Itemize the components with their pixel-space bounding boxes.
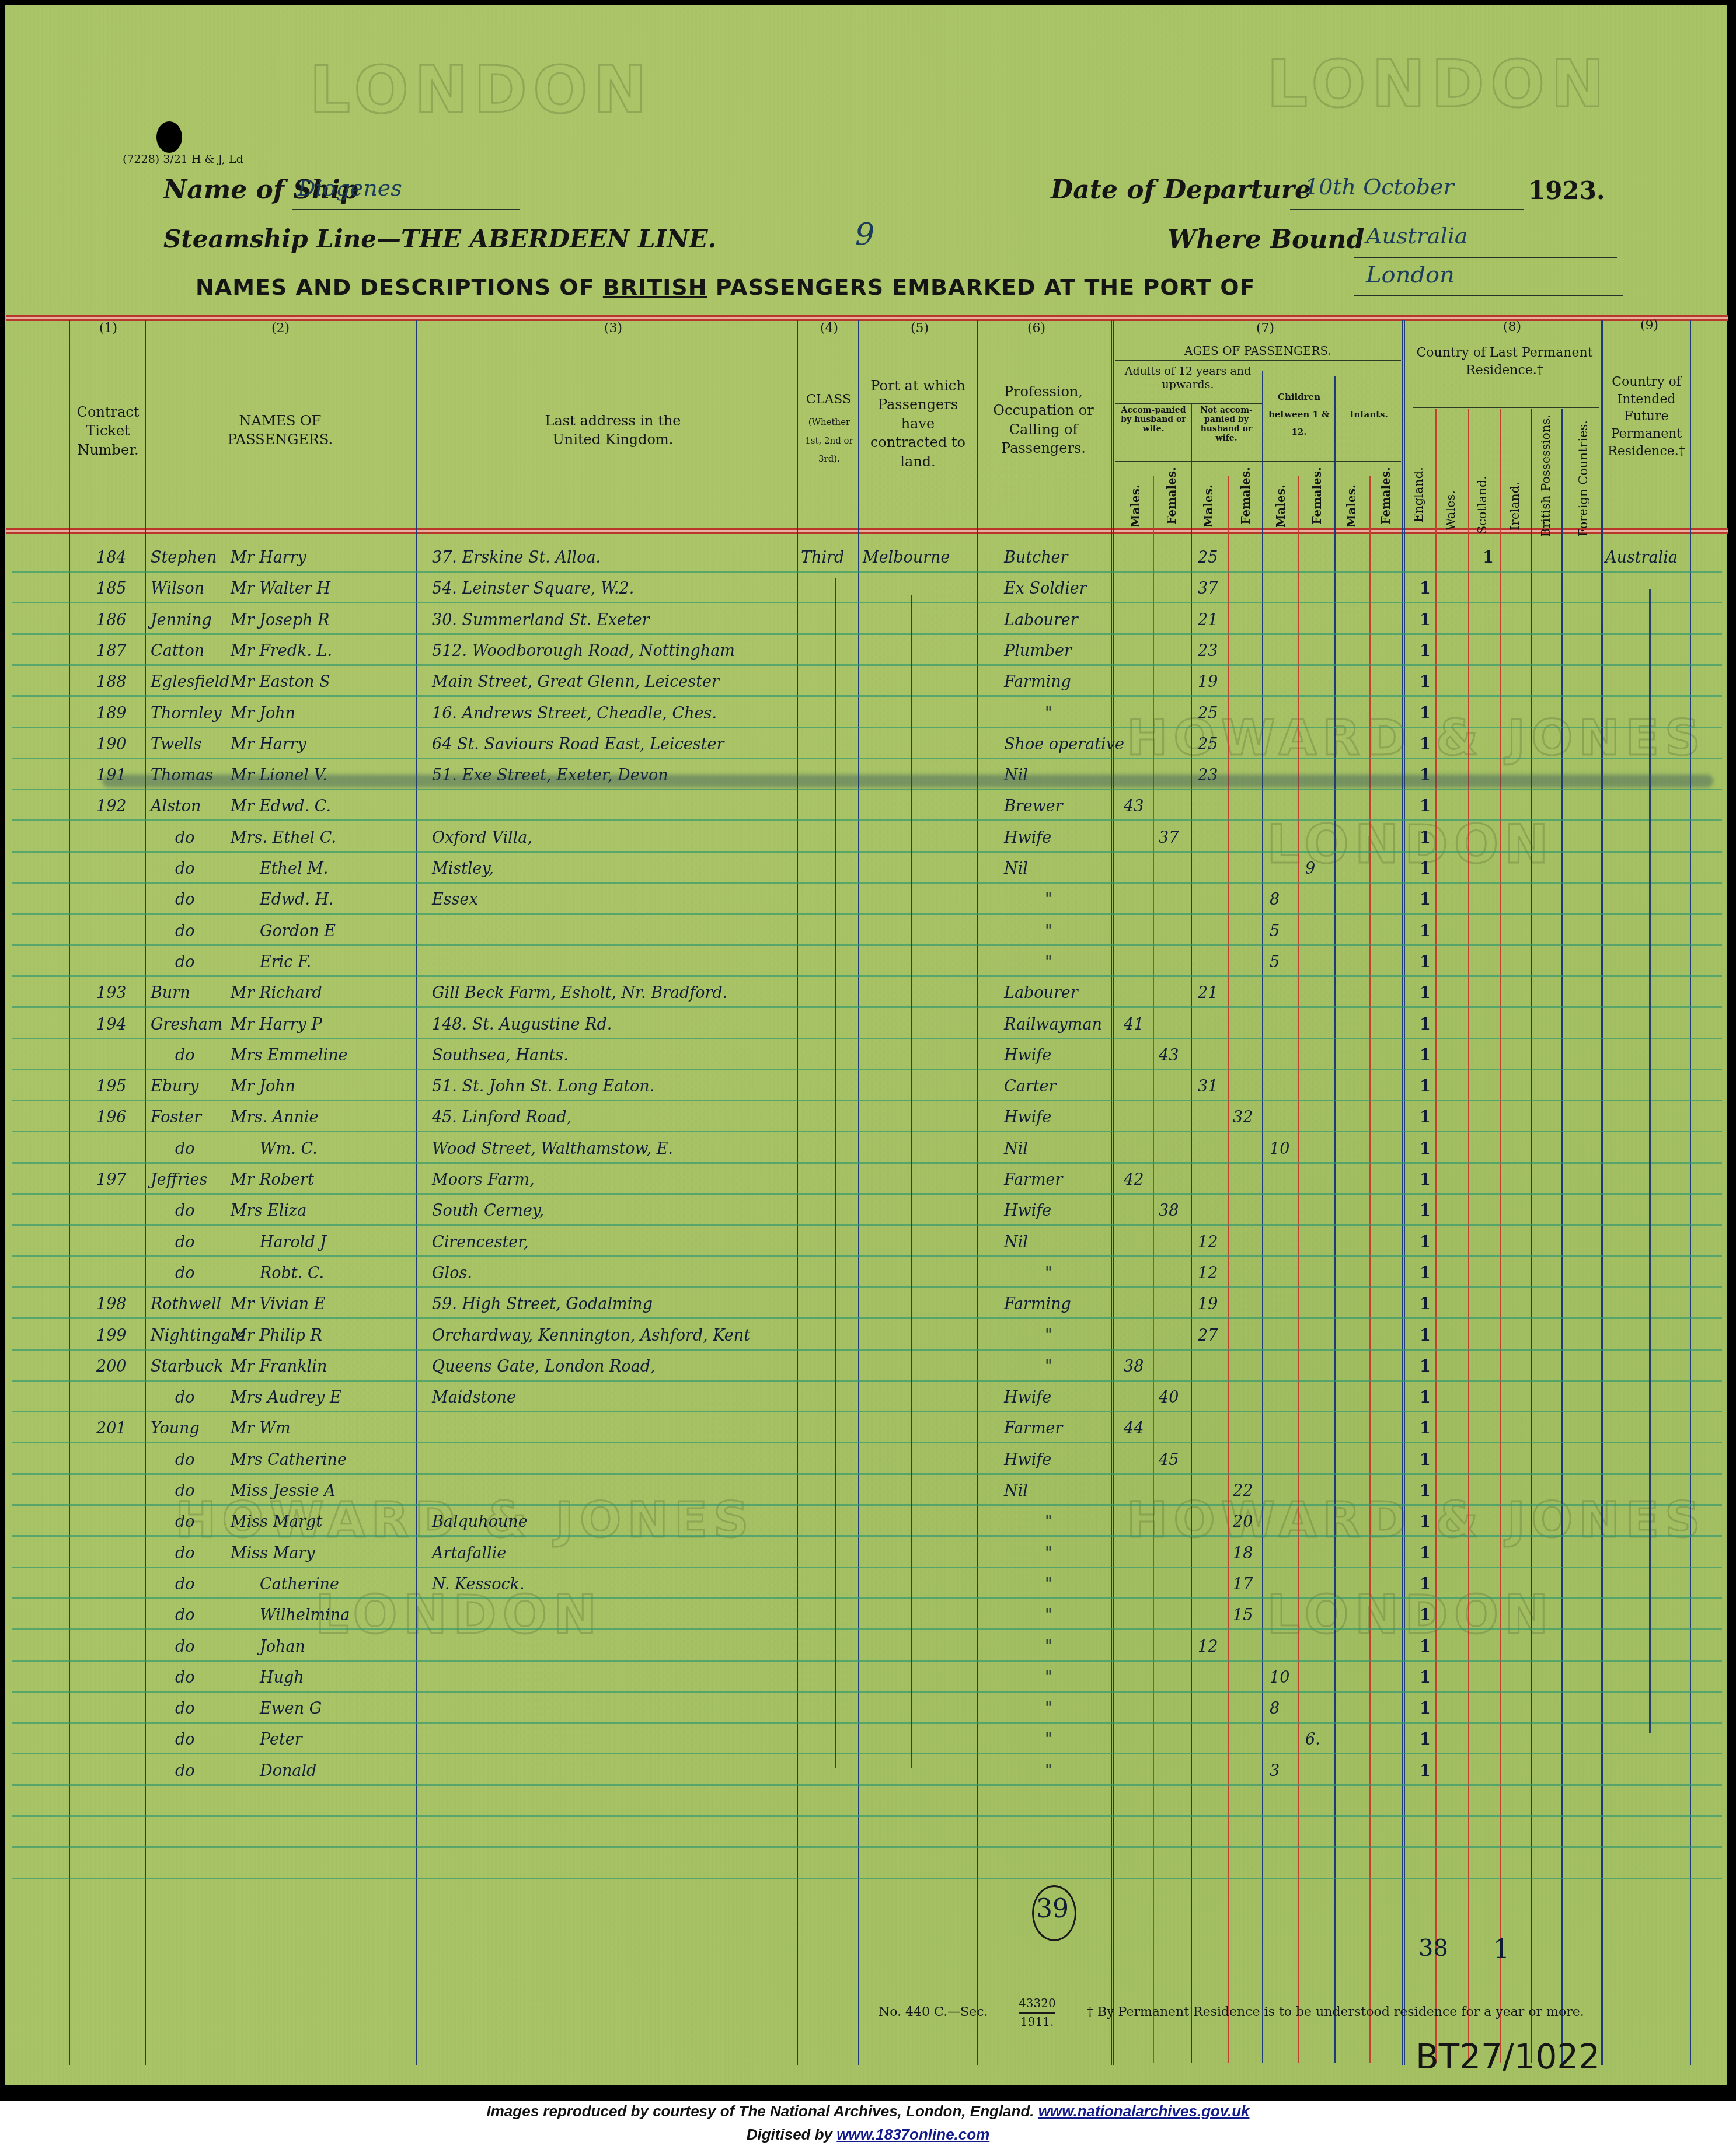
age-nm: 12: [1198, 1638, 1218, 1656]
last-address: Cirencester,: [432, 1233, 529, 1251]
strikethrough-line: [102, 775, 1713, 787]
ledger-line: [12, 1597, 1722, 1599]
given-names: Catherine: [260, 1575, 339, 1593]
rule-c5-c6: [977, 320, 978, 2065]
occupation: Nil: [1004, 1233, 1028, 1251]
country-england-tally: 1: [1420, 829, 1431, 847]
age-nf: 17: [1233, 1575, 1253, 1593]
country-england-tally: 1: [1420, 1327, 1431, 1345]
given-names: Mr Franklin: [231, 1358, 327, 1376]
given-names: Mr Walter H: [231, 580, 330, 598]
surname: Ebury: [151, 1077, 199, 1096]
surname: Starbuck: [151, 1358, 224, 1376]
col-3-number: (3): [604, 321, 622, 336]
title-part-1: NAMES AND DESCRIPTIONS OF: [196, 274, 595, 300]
where-bound-label: Where Bound: [1167, 225, 1364, 254]
ticket-number: 186: [96, 611, 127, 629]
age-am: 38: [1124, 1358, 1144, 1376]
rule-c3-c4: [797, 320, 798, 2065]
last-address: Southsea, Hants.: [432, 1046, 569, 1065]
occupation: Farming: [1004, 1295, 1071, 1313]
country-england-tally: 1: [1420, 704, 1431, 723]
col-2-header: NAMES OF PASSENGERS.: [193, 411, 368, 449]
country-divider: [1413, 407, 1599, 408]
ledger-line: [12, 1069, 1722, 1070]
ship-name-underline: [292, 209, 520, 210]
ship-name-value: Diogenes: [298, 175, 402, 201]
surname: Foster: [151, 1108, 201, 1126]
ledger-line: [12, 664, 1722, 666]
country-england-tally: 1: [1420, 1669, 1431, 1687]
country-england-tally: 1: [1420, 735, 1431, 753]
col-3-header: Last address in the United Kingdom.: [525, 411, 700, 449]
country-england-tally: 1: [1420, 1700, 1431, 1718]
occupation: Nil: [1004, 1482, 1028, 1500]
ticket-number: 188: [96, 673, 127, 691]
surname: do: [175, 1700, 195, 1718]
rule-c1-c2: [145, 320, 146, 2065]
occupation: Plumber: [1004, 642, 1072, 660]
occupation: Farming: [1004, 673, 1071, 691]
1837online-link[interactable]: www.1837online.com: [836, 2126, 989, 2143]
ticket-number: 190: [96, 735, 127, 753]
ledger-line: [12, 695, 1722, 697]
country-england-tally: 1: [1420, 922, 1431, 940]
col-7-header: AGES OF PASSENGERS.: [1115, 343, 1401, 359]
age-nm: 12: [1198, 1264, 1218, 1282]
age-af: 38: [1159, 1202, 1179, 1220]
form-fraction-top: 43320: [1019, 1996, 1056, 2010]
age-nm: 25: [1198, 735, 1218, 753]
col-7-number: (7): [1256, 321, 1274, 336]
given-names: Mr John: [231, 1077, 295, 1096]
occupation: ": [1045, 922, 1052, 940]
country-england-tally: 1: [1420, 797, 1431, 815]
col-4-header: CLASS: [801, 391, 856, 409]
adults-divider: [1115, 403, 1262, 404]
sheet-number: 9: [855, 217, 874, 252]
rule-children-infants: [1334, 376, 1336, 2063]
given-names: Donald: [260, 1762, 316, 1780]
surname: Gresham: [151, 1016, 222, 1034]
rule-accomp-notaccomp: [1191, 403, 1192, 2063]
occupation: Hwife: [1004, 1202, 1051, 1220]
surname: do: [175, 1762, 195, 1780]
occupation: ": [1045, 704, 1052, 723]
age-cf: 6.: [1305, 1731, 1320, 1749]
country-england-tally: 1: [1420, 580, 1431, 598]
given-names: Mr John: [231, 704, 295, 723]
digitised-line: Digitised by www.1837online.com: [0, 2126, 1736, 2144]
col-4-subheader: (Whether 1st, 2nd or 3rd).: [804, 413, 854, 469]
last-address: 45. Linford Road,: [432, 1108, 571, 1126]
age-af: 43: [1159, 1046, 1179, 1065]
given-names: Eric F.: [260, 953, 311, 971]
ticket-number: 201: [96, 1419, 127, 1438]
country-england-tally: 1: [1420, 1606, 1431, 1624]
departure-year: 1923.: [1528, 176, 1605, 205]
british-possessions-header: British Possessions.: [1539, 414, 1553, 537]
ticket-number: 200: [96, 1358, 127, 1376]
col-4-number: (4): [820, 321, 838, 336]
age-nf: 15: [1233, 1606, 1253, 1624]
last-address: 51. St. John St. Long Eaton.: [432, 1077, 654, 1096]
foreign-countries-header: Foreign Countries.: [1576, 420, 1590, 537]
surname: Eglesfield: [151, 673, 229, 691]
departure-date-value: 10th October: [1305, 174, 1454, 200]
ledger-line: [12, 1878, 1722, 1879]
country-england-tally: 1: [1420, 1358, 1431, 1376]
scotland-total: 1: [1493, 1935, 1510, 1965]
stamp-london-lower-left: LONDON: [315, 1585, 603, 1646]
ledger-line: [12, 1349, 1722, 1351]
given-names: Mr Joseph R: [231, 611, 330, 629]
given-names: Harold J: [260, 1233, 326, 1251]
not-accompanied-header: Not accom-panied by husband or wife.: [1194, 406, 1259, 443]
last-address: 16. Andrews Street, Cheadle, Ches.: [432, 704, 717, 723]
ticket-number: 199: [96, 1327, 127, 1345]
occupation: Hwife: [1004, 1389, 1051, 1407]
occupation: ": [1045, 953, 1052, 971]
col-5-number: (5): [911, 321, 929, 336]
residence-note: † By Permanent Residence is to be unders…: [1087, 2005, 1584, 2019]
country-england-tally: 1: [1420, 1575, 1431, 1593]
im-males-header: Males.: [1344, 484, 1358, 528]
occupation: ": [1045, 1513, 1052, 1531]
rule-c8-c9: [1601, 320, 1603, 2065]
ledger-line: [12, 819, 1722, 821]
ticket-number: 198: [96, 1295, 127, 1313]
surname: do: [175, 1202, 195, 1220]
if-females-header: Females.: [1379, 467, 1393, 525]
surname: do: [175, 1669, 195, 1687]
given-names: Gordon E: [260, 922, 336, 940]
page-count: 39: [1036, 1894, 1069, 1924]
stamp-howard-jones-lower-right: HOWARD & JONES: [1127, 1491, 1706, 1548]
last-address: Oxford Villa,: [432, 829, 532, 847]
given-names: Mr Philip R: [231, 1327, 322, 1345]
age-nm: 25: [1198, 549, 1218, 567]
given-names: Miss Mary: [231, 1544, 315, 1562]
ledger-line: [12, 944, 1722, 946]
national-archives-link[interactable]: www.nationalarchives.gov.uk: [1038, 2102, 1250, 2120]
ledger-line: [12, 1628, 1722, 1630]
surname: do: [175, 891, 195, 909]
last-address: Artafallie: [432, 1544, 506, 1562]
age-nm: 12: [1198, 1233, 1218, 1251]
punch-hole: [156, 121, 182, 153]
given-names: Mrs Audrey E: [231, 1389, 341, 1407]
country-england-tally: 1: [1420, 1108, 1431, 1126]
country-england-tally: 1: [1420, 953, 1431, 971]
ledger-line: [12, 913, 1722, 915]
port-ditto-stroke: [911, 595, 912, 1768]
given-names: Mrs. Ethel C.: [231, 829, 336, 847]
age-nf: 18: [1233, 1544, 1253, 1562]
ledger-line: [12, 633, 1722, 635]
ledger-line: [12, 1038, 1722, 1039]
rule-im-if: [1369, 476, 1371, 2063]
stamp-london-top-right: LONDON: [1267, 47, 1610, 121]
occupation: ": [1045, 1700, 1052, 1718]
surname: Alston: [151, 797, 201, 815]
given-names: Miss Jessie A: [231, 1482, 336, 1500]
surname: do: [175, 860, 195, 878]
ledger-line: [12, 1691, 1722, 1693]
last-address: Maidstone: [432, 1389, 516, 1407]
nf-females-header: Females.: [1239, 467, 1253, 525]
given-names: Ethel M.: [260, 860, 328, 878]
age-cm: 5: [1270, 953, 1280, 971]
last-address: Orchardway, Kennington, Ashford, Kent: [432, 1327, 750, 1345]
age-nf: 20: [1233, 1513, 1253, 1531]
adults-header: Adults of 12 years and upwards.: [1121, 365, 1255, 392]
occupation: Hwife: [1004, 1451, 1051, 1469]
surname: Jeffries: [151, 1171, 207, 1189]
col-2-number: (2): [271, 321, 290, 336]
ticket-number: 184: [96, 549, 127, 567]
occupation: ": [1045, 1669, 1052, 1687]
header-bottom-border: [6, 528, 1728, 534]
surname: do: [175, 829, 195, 847]
last-address: 512. Woodborough Road, Nottingham: [432, 642, 735, 660]
ledger-line: [12, 1224, 1722, 1226]
age-am: 41: [1124, 1016, 1144, 1034]
given-names: Mrs. Annie: [231, 1108, 318, 1126]
ledger-line: [12, 975, 1722, 977]
occupation: Railwayman: [1004, 1016, 1102, 1034]
ledger-line: [12, 1255, 1722, 1257]
ledger-line: [12, 1193, 1722, 1195]
age-cm: 10: [1270, 1140, 1289, 1158]
title-british: BRITISH: [603, 274, 707, 300]
surname: do: [175, 1451, 195, 1469]
header-top-border: [6, 315, 1728, 321]
occupation: Hwife: [1004, 1046, 1051, 1065]
country-england-tally: 1: [1420, 1513, 1431, 1531]
age-cm: 5: [1270, 922, 1280, 940]
last-address: 54. Leinster Square, W.2.: [432, 580, 634, 598]
country-england-tally: 1: [1420, 1419, 1431, 1438]
country-england-tally: 1: [1420, 1140, 1431, 1158]
departure-label: Date of Departure: [1051, 175, 1311, 205]
occupation: ": [1045, 1575, 1052, 1593]
occupation: ": [1045, 1606, 1052, 1624]
given-names: Miss Margt: [231, 1513, 322, 1531]
country-england-tally: 1: [1420, 1638, 1431, 1656]
infants-header: Infants.: [1337, 409, 1401, 420]
surname: do: [175, 1638, 195, 1656]
ticket-number: 195: [96, 1077, 127, 1096]
ledger-line: [12, 1286, 1722, 1288]
ledger-line: [12, 1473, 1722, 1475]
occupation: ": [1045, 1731, 1052, 1749]
future-ditto-stroke: [1649, 589, 1651, 1733]
title-part-2: PASSENGERS EMBARKED AT THE PORT OF: [716, 274, 1256, 300]
age-nm: 37: [1198, 580, 1218, 598]
ticket-number: 187: [96, 642, 127, 660]
occupation: Hwife: [1004, 1108, 1051, 1126]
age-af: 37: [1159, 829, 1179, 847]
given-names: Mr Vivian E: [231, 1295, 325, 1313]
last-address: 64 St. Saviours Road East, Leicester: [432, 735, 724, 753]
occupation: ": [1045, 891, 1052, 909]
ledger-line: [12, 1131, 1722, 1132]
age-cm: 10: [1270, 1669, 1289, 1687]
occupation: Farmer: [1004, 1171, 1062, 1189]
ledger-line: [12, 1442, 1722, 1443]
col-8-number: (8): [1503, 320, 1521, 334]
given-names: Mr Edwd. C.: [231, 797, 331, 815]
age-nm: 25: [1198, 704, 1218, 723]
rule-left: [69, 320, 70, 2065]
last-address: Queens Gate, London Road,: [432, 1358, 656, 1376]
class: Third: [801, 549, 844, 567]
col-9-header: Country of Intended Future Permanent Res…: [1604, 374, 1689, 460]
surname: do: [175, 953, 195, 971]
surname: Burn: [151, 984, 190, 1002]
form-fraction-bottom: 1911.: [1020, 2015, 1054, 2029]
scotland-header: Scotland.: [1475, 476, 1489, 534]
stamp-london-top-left: LONDON: [309, 53, 653, 127]
given-names: Mr Fredk. L.: [231, 642, 332, 660]
last-address: Wood Street, Walthamstow, E.: [432, 1140, 673, 1158]
country-england-tally: 1: [1420, 673, 1431, 691]
age-am: 42: [1124, 1171, 1144, 1189]
country-england-tally: 1: [1420, 984, 1431, 1002]
country-england-tally: 1: [1420, 1762, 1431, 1780]
surname: Young: [151, 1419, 200, 1438]
ticket-number: 189: [96, 704, 127, 723]
surname: do: [175, 1046, 195, 1065]
ages-subhead-divider: [1115, 461, 1401, 462]
ledger-line: [12, 1784, 1722, 1786]
country-england-tally: 1: [1420, 1202, 1431, 1220]
rule-c7-c8: [1402, 320, 1405, 2065]
nm-males-header: Males.: [1201, 484, 1215, 528]
ticket-number: 193: [96, 984, 127, 1002]
surname: Twells: [151, 735, 201, 753]
age-nm: 21: [1198, 984, 1218, 1002]
given-names: Hugh: [260, 1669, 304, 1687]
credit-text: Images reproduced by courtesy of The Nat…: [486, 2102, 1034, 2120]
country-england-tally: 1: [1420, 1016, 1431, 1034]
occupation: Brewer: [1004, 797, 1063, 815]
cm-males-header: Males.: [1274, 484, 1288, 528]
occupation: Hwife: [1004, 829, 1051, 847]
surname: Rothwell: [151, 1295, 221, 1313]
country-england-tally: 1: [1420, 1731, 1431, 1749]
steamship-line: Steamship Line—THE ABERDEEN LINE.: [163, 225, 716, 253]
age-nm: 31: [1198, 1077, 1218, 1096]
ledger-line: [12, 1722, 1722, 1724]
children-header: Children between 1 & 12.: [1266, 388, 1333, 441]
country-england-tally: 1: [1420, 642, 1431, 660]
surname: do: [175, 1233, 195, 1251]
surname: do: [175, 1482, 195, 1500]
ledger-line: [12, 727, 1722, 728]
rule-right: [1690, 320, 1691, 2065]
country-england-tally: 1: [1420, 611, 1431, 629]
ticket-number: 185: [96, 580, 127, 598]
rule-cm-cf: [1298, 476, 1299, 2063]
ledger-line: [12, 1504, 1722, 1506]
given-names: Wilhelmina: [260, 1606, 350, 1624]
occupation: ": [1045, 1544, 1052, 1562]
given-names: Mr Wm: [231, 1419, 291, 1438]
age-nm: 19: [1198, 1295, 1218, 1313]
surname: Thornley: [151, 704, 222, 723]
archive-reference: BT27/1022: [1416, 2037, 1600, 2077]
col-6-number: (6): [1027, 321, 1045, 336]
last-address: Moors Farm,: [432, 1171, 535, 1189]
age-cm: 8: [1270, 891, 1280, 909]
given-names: Wm. C.: [260, 1140, 318, 1158]
occupation: ": [1045, 1358, 1052, 1376]
occupation: Nil: [1004, 860, 1028, 878]
ledger-line: [12, 1317, 1722, 1319]
given-names: Johan: [260, 1638, 305, 1656]
age-nm: 19: [1198, 673, 1218, 691]
given-names: Mr Robert: [231, 1171, 314, 1189]
age-am: 43: [1124, 797, 1144, 815]
country-england-tally: 1: [1420, 1264, 1431, 1282]
given-names: Peter: [260, 1731, 302, 1749]
given-names: Mr Harry: [231, 735, 306, 753]
last-address: Glos.: [432, 1264, 472, 1282]
ticket-number: 194: [96, 1016, 127, 1034]
port-of-landing: Melbourne: [863, 549, 950, 567]
rule-c6-c7: [1111, 320, 1114, 2065]
given-names: Mr Harry: [231, 549, 306, 567]
surname: Stephen: [151, 549, 217, 567]
occupation: Butcher: [1004, 549, 1068, 567]
country-england-tally: 1: [1420, 1077, 1431, 1096]
ticket-number: 197: [96, 1171, 127, 1189]
given-names: Mrs Emmeline: [231, 1046, 348, 1065]
last-address: 148. St. Augustine Rd.: [432, 1016, 612, 1034]
digitised-text: Digitised by: [747, 2126, 832, 2143]
rule-c2-c3: [416, 320, 417, 2065]
col-8-header: Country of Last Permanent Residence.†: [1410, 344, 1599, 379]
last-address: Balquhoune: [432, 1513, 528, 1531]
col-1-number: (1): [99, 321, 117, 336]
occupation: ": [1045, 1638, 1052, 1656]
country-england-tally: 1: [1420, 860, 1431, 878]
ledger-line: [12, 1535, 1722, 1537]
rule-nm-nf: [1228, 476, 1229, 2063]
ledger-line: [12, 571, 1722, 573]
age-cm: 3: [1270, 1762, 1280, 1780]
country-england-tally: 1: [1420, 891, 1431, 909]
ledger-line: [12, 602, 1722, 603]
surname: do: [175, 922, 195, 940]
age-am: 44: [1124, 1419, 1144, 1438]
given-names: Ewen G: [260, 1700, 322, 1718]
country-england-tally: 1: [1420, 1389, 1431, 1407]
last-address: Essex: [432, 891, 478, 909]
occupation: ": [1045, 1762, 1052, 1780]
occupation: Labourer: [1004, 984, 1078, 1002]
country-england-tally: 1: [1420, 1171, 1431, 1189]
ledger-line: [12, 1567, 1722, 1568]
ages-title-divider: [1115, 360, 1401, 361]
age-nf: 22: [1233, 1482, 1253, 1500]
last-address: Main Street, Great Glenn, Leicester: [432, 673, 719, 691]
col-9-number: (9): [1640, 318, 1658, 333]
where-bound-value: Australia: [1366, 223, 1467, 249]
col-6-header: Profession, Occupation or Calling of Pas…: [981, 382, 1106, 458]
